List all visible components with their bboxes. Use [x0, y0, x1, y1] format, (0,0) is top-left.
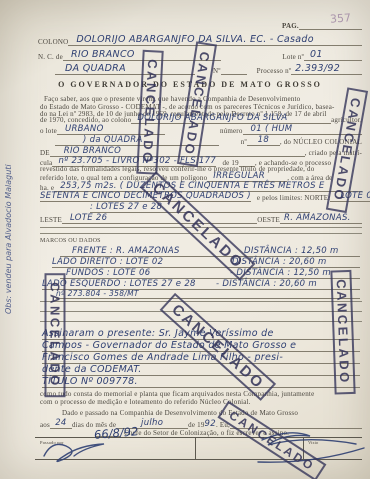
assinaram-line4: dente da CODEMAT.: [42, 364, 360, 376]
quadra18-no-label: nº: [219, 138, 247, 146]
limites-row: SETENTA E CINCO DECÍMETROS QUADRADOS ) e…: [40, 191, 362, 202]
memorial-line1: como tudo consta do memorial e planta qu…: [40, 390, 314, 398]
lote-field-label: o lote: [40, 127, 57, 135]
cancelado-stamp: CANCELADO: [45, 273, 66, 397]
assinaram-l3: Francisco Gomes de Andrade Lima Filho - …: [42, 352, 360, 364]
ano-label: de 19: [188, 421, 204, 429]
blank-rule-1: [40, 301, 362, 302]
limites-label: e pelos limites: NORTE:: [251, 194, 331, 202]
scanned-title-document: 357 Obs: vendeu para Alvadocio Malaguti …: [0, 0, 370, 479]
titulo-number: TÍTULO Nº 009778.: [42, 376, 360, 388]
quadra-value: DA QUADRA: [55, 63, 195, 75]
dias-value: 24: [50, 418, 72, 429]
dado-line1: Dado e passado na Companhia de Desenvolv…: [62, 409, 298, 417]
pag-row: PAG.: [282, 22, 362, 30]
leste-value: LOTE 26: [62, 213, 160, 224]
marcos-direito-item: LADO DIREITO : LOTE 02: [52, 257, 210, 268]
oeste-label: OESTE: [257, 216, 280, 224]
quadra18-row: ) da QUADRA nº 18 , do NÚCLEO COLONIAL: [55, 135, 362, 146]
marcos-row-direito: LADO DIREITO : LOTE 02 DISTÂNCIA : 20,60…: [52, 257, 360, 268]
colono-grant-label: de 1970, concedido, ao colono: [40, 116, 131, 124]
processo-value: 2.393/92: [291, 63, 362, 75]
blank-rule-2: [40, 311, 362, 312]
registro-value: nº 273.804 - 358/MT: [56, 289, 139, 299]
assinaram-l4: dente da CODEMAT.: [42, 364, 360, 376]
marcos-fundos-item: FUNDOS : LOTE 06: [60, 268, 216, 279]
margin-handwritten-note: Obs: vendeu para Alvadocio Malaguti: [4, 56, 13, 314]
ano-value: 92: [205, 419, 216, 429]
footer-divider-1: [195, 438, 196, 459]
pag-blank-line: [299, 29, 362, 30]
registro-row: nº 273.804 - 358/MT: [56, 289, 360, 299]
quadra-no-blank: [221, 74, 247, 75]
titulo-number-line: TÍTULO Nº 009778.: [42, 376, 360, 388]
colono-label: COLONO: [38, 38, 68, 46]
oeste-value: R. AMAZONAS.: [280, 213, 362, 224]
cancelado-stamp: CANCELADO: [330, 270, 355, 394]
footer-col1-header: Passado por: [40, 440, 64, 445]
marcos-row-fundos: FUNDOS : LOTE 06 - DISTÂNCIA : 12,50 m: [60, 268, 360, 279]
nc-label: N. C. de: [38, 53, 63, 61]
pag-label: PAG.: [282, 22, 299, 30]
leste-label: LESTE: [40, 216, 62, 224]
memorial-line2: com o processo de medição e loteamento d…: [40, 398, 251, 406]
marcos-heading: MARCOS OU DADOS: [40, 238, 101, 244]
quadra18-no-value: 18: [247, 135, 280, 146]
lote-label: Lote nº: [282, 53, 304, 61]
paragraph1-line1: Faço saber, aos que o presente virem, qu…: [44, 95, 300, 103]
processo-label: Processo nº: [247, 67, 292, 75]
footer-col3-header: Visto: [308, 440, 318, 445]
aos-label: aos: [40, 421, 50, 429]
lote-value: 01: [304, 49, 362, 61]
data-row: aos 24 dias do mês de julho de 19 92 . E…: [40, 418, 362, 429]
assinaram-line3: Francisco Gomes de Andrade Lima Filho - …: [42, 352, 360, 364]
marcos-frente-item: FRENTE : R. AMAZONAS: [60, 246, 222, 257]
colono-grant-value: DOLORIJO ABARGANJFO DA SILVA: [131, 113, 331, 124]
